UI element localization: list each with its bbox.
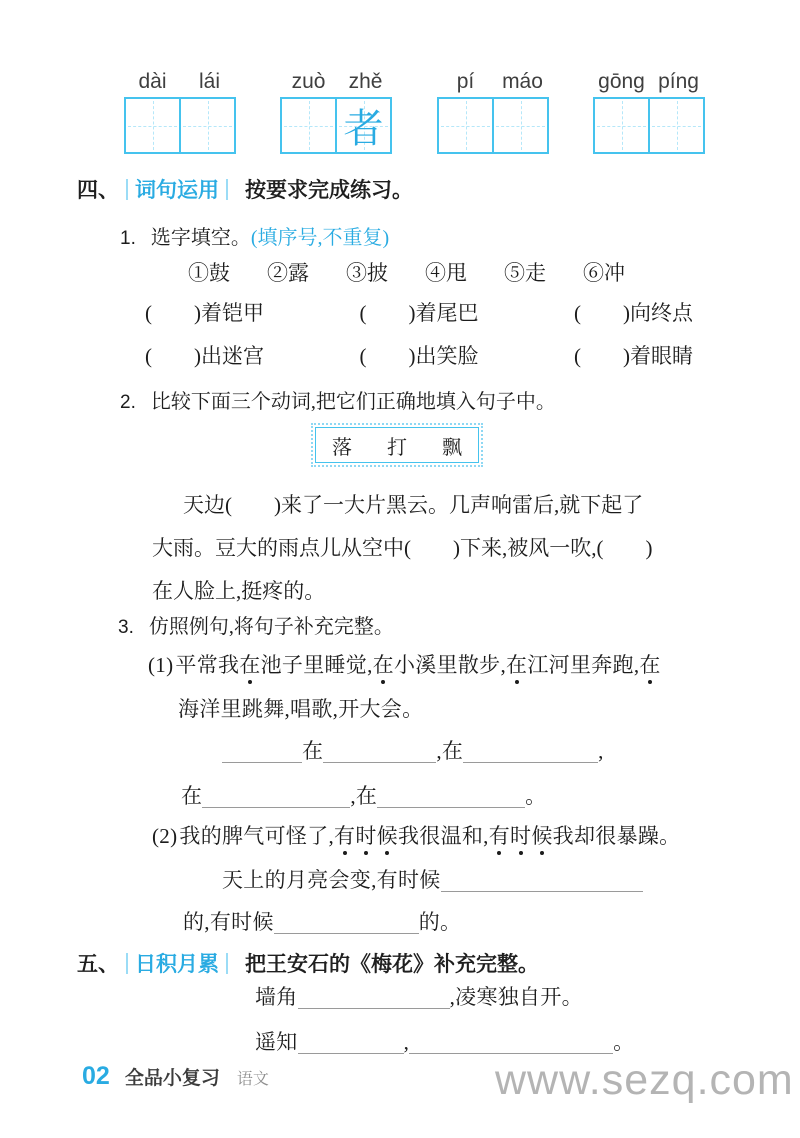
character-options-row: ①鼓 ②露 ③披 ④甩 ⑤走 ⑥冲 [188, 257, 625, 287]
option-item: ②露 [267, 257, 309, 287]
sub-question-marker: (1) [148, 653, 173, 677]
pinyin-group-dai-lai: dài lái [124, 70, 238, 154]
writing-box [280, 97, 337, 154]
question-text: 选字填空。 [151, 227, 251, 249]
text-segment: 江河里奔跑, [527, 653, 639, 677]
text-segment: 天上的月亮会变,有时候 [222, 868, 441, 892]
emphasized-char: 时 [510, 820, 531, 850]
phrase-item: ( )向终点 [574, 297, 693, 327]
option-item: ⑤走 [504, 257, 546, 287]
pinyin-syllable: zhě [337, 70, 394, 94]
writing-box [437, 97, 494, 154]
option-item: ⑥冲 [583, 257, 625, 287]
written-character [595, 99, 648, 152]
written-character [650, 99, 703, 152]
question-note: (填序号,不重复) [251, 227, 389, 249]
option-item: ①鼓 [188, 257, 230, 287]
section-number: 五、 [77, 948, 119, 978]
pinyin-syllable: gōng [593, 70, 650, 94]
question-1-title: 1.选字填空。(填序号,不重复) [120, 221, 389, 250]
book-series-title: 全品小复习 [125, 1063, 220, 1090]
fill-blank [409, 1032, 613, 1054]
phrase-item: ( )出笑脸 [360, 340, 479, 370]
text-segment: ,在 [350, 784, 377, 808]
passage-line: 大雨。豆大的雨点儿从空中( )下来,被风一吹,( ) [152, 527, 652, 570]
question-text: 比较下面三个动词,把它们正确地填入句子中。 [151, 391, 556, 413]
passage-line: 天边( )来了一大片黑云。几声响雷后,就下起了 [152, 484, 652, 527]
emphasized-char: 有 [334, 820, 355, 850]
written-character: 者 [337, 99, 390, 152]
writing-box [179, 97, 236, 154]
writing-box [124, 97, 181, 154]
text-segment: 墙角 [255, 985, 298, 1009]
tag-bar-right [226, 179, 228, 200]
emphasized-char: 候 [531, 820, 552, 850]
example-sentence-line-2: 海洋里跳舞,唱歌,开大会。 [178, 693, 423, 723]
answer-line-1: 在,在, [222, 735, 604, 765]
pinyin-group-zuo-zhe: zuò zhě 者 [280, 70, 394, 154]
written-character [126, 99, 179, 152]
passage-line: 在人脸上,挺疼的。 [152, 570, 652, 613]
poem-line-1: 墙角,凌寒独自开。 [255, 981, 583, 1011]
verb-option: 飘 [442, 431, 462, 460]
pinyin-group-gong-ping: gōng píng [593, 70, 707, 154]
fill-blank [274, 912, 419, 934]
website-watermark: www.sezq.com [495, 1056, 794, 1105]
text-segment: 的。 [419, 910, 462, 934]
fill-blank [298, 1032, 404, 1054]
phrase-row-2: ( )出迷宫 ( )出笑脸 ( )着眼睛 [145, 340, 693, 370]
writing-boxes [124, 97, 238, 154]
emphasized-char: 在 [373, 649, 394, 679]
writing-boxes [593, 97, 707, 154]
writing-box [648, 97, 705, 154]
question-number: 2. [120, 392, 136, 413]
fill-blank [441, 870, 643, 892]
pinyin-syllable: lái [181, 70, 238, 94]
tag-bar-right [226, 953, 228, 974]
text-segment: 遥知 [255, 1030, 298, 1054]
emphasized-char: 在 [506, 649, 527, 679]
section-number: 四、 [77, 174, 119, 204]
text-segment: 。 [613, 1030, 634, 1054]
written-character [282, 99, 335, 152]
option-item: ④甩 [425, 257, 467, 287]
pinyin-labels: gōng píng [593, 70, 707, 94]
text-segment: 池子里睡觉, [261, 653, 373, 677]
pinyin-group-pi-mao: pí máo [437, 70, 551, 154]
written-character [494, 99, 547, 152]
answer-line-2: 在,在。 [181, 780, 546, 810]
emphasized-sentence: 我的脾气可怪了,有时候我很温和,有时候我却很暴躁。 [179, 824, 680, 848]
worksheet-page: dài lái zuò zhě 者 pí máo gōng píng [0, 0, 800, 1138]
subject-label: 语文 [237, 1066, 269, 1089]
writing-boxes: 者 [280, 97, 394, 154]
section-tag: 日积月累 [135, 948, 219, 978]
question-text: 仿照例句,将句子补充完整。 [149, 616, 394, 638]
example-sentence-part2: (2)我的脾气可怪了,有时候我很温和,有时候我却很暴躁。 [152, 820, 680, 850]
fill-blank [463, 741, 598, 763]
text-segment: 。 [525, 784, 546, 808]
question-3-title: 3.仿照例句,将句子补充完整。 [118, 610, 394, 639]
pinyin-syllable: píng [650, 70, 707, 94]
pinyin-labels: zuò zhě [280, 70, 394, 94]
written-character [181, 99, 234, 152]
tag-bar-left [126, 179, 128, 200]
section-title: 按要求完成练习。 [245, 174, 413, 204]
text-segment: 的,有时候 [183, 910, 274, 934]
verb-option: 打 [387, 431, 407, 460]
section-5-heading: 五、 日积月累 把王安石的《梅花》补充完整。 [77, 948, 539, 978]
text-segment: 我的脾气可怪了, [179, 824, 334, 848]
text-segment: 在 [181, 784, 202, 808]
text-segment: ,在 [436, 739, 463, 763]
emphasized-char: 候 [377, 820, 398, 850]
writing-box [593, 97, 650, 154]
written-character [439, 99, 492, 152]
phrase-item: ( )着眼睛 [574, 340, 693, 370]
writing-box: 者 [335, 97, 392, 154]
writing-boxes [437, 97, 551, 154]
pinyin-syllable: zuò [280, 70, 337, 94]
pinyin-syllable: dài [124, 70, 181, 94]
emphasized-char: 在 [239, 649, 260, 679]
question-number: 1. [120, 228, 136, 249]
emphasized-char: 时 [355, 820, 376, 850]
phrase-item: ( )出迷宫 [145, 340, 264, 370]
fill-blank [377, 786, 525, 808]
answer-line-moon-1: 天上的月亮会变,有时候 [222, 864, 643, 894]
example-sentence-line-1: (1)平常我在池子里睡觉,在小溪里散步,在江河里奔跑,在 [148, 649, 661, 679]
verb-choice-box: 落 打 飘 [315, 427, 479, 463]
section-title: 把王安石的《梅花》补充完整。 [245, 948, 539, 978]
pinyin-syllable: máo [494, 70, 551, 94]
verb-option: 落 [332, 431, 352, 460]
text-segment: 我很温和, [398, 824, 489, 848]
tag-bar-left [126, 953, 128, 974]
emphasized-char: 在 [639, 649, 660, 679]
fill-blank [298, 987, 450, 1009]
phrase-item: ( )着铠甲 [145, 297, 264, 327]
page-number: 02 [82, 1062, 110, 1091]
poem-line-2: 遥知,。 [255, 1026, 634, 1056]
emphasized-char: 有 [489, 820, 510, 850]
fill-blank [323, 741, 436, 763]
pinyin-labels: dài lái [124, 70, 238, 94]
text-segment: , [598, 739, 604, 763]
fill-blank [222, 741, 302, 763]
fill-blank [202, 786, 350, 808]
phrase-item: ( )着尾巴 [360, 297, 479, 327]
writing-box [492, 97, 549, 154]
question-number: 3. [118, 617, 134, 638]
text-segment: 我却很暴躁。 [553, 824, 681, 848]
fill-in-passage: 天边( )来了一大片黑云。几声响雷后,就下起了 大雨。豆大的雨点儿从空中( )下… [152, 484, 652, 613]
question-2-title: 2.比较下面三个动词,把它们正确地填入句子中。 [120, 385, 556, 414]
page-footer: 02 全品小复习 语文 [82, 1062, 269, 1091]
pinyin-syllable: pí [437, 70, 494, 94]
text-segment: 小溪里散步, [394, 653, 506, 677]
text-segment: 在 [302, 739, 323, 763]
pinyin-labels: pí máo [437, 70, 551, 94]
option-item: ③披 [346, 257, 388, 287]
answer-line-moon-2: 的,有时候的。 [183, 906, 461, 936]
sub-question-marker: (2) [152, 824, 177, 848]
section-tag: 词句运用 [135, 174, 219, 204]
text-segment: ,凌寒独自开。 [450, 985, 583, 1009]
text-segment: 平常我 [175, 653, 239, 677]
phrase-row-1: ( )着铠甲 ( )着尾巴 ( )向终点 [145, 297, 693, 327]
emphasized-sentence: 平常我在池子里睡觉,在小溪里散步,在江河里奔跑,在 [175, 653, 660, 677]
section-4-heading: 四、 词句运用 按要求完成练习。 [77, 174, 413, 204]
